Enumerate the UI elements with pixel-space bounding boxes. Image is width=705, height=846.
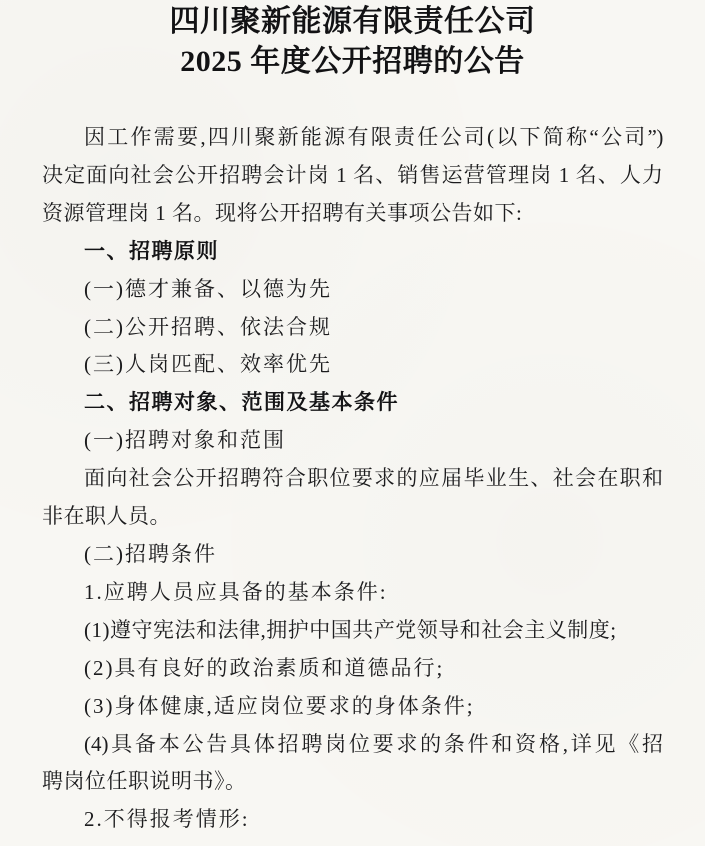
title-line-2: 2025 年度公开招聘的公告	[42, 42, 663, 82]
section-2-heading: 二、招聘对象、范围及基本条件	[42, 384, 663, 422]
document-page: 四川聚新能源有限责任公司 2025 年度公开招聘的公告 因工作需要,四川聚新能源…	[0, 0, 705, 846]
title-line-1: 四川聚新能源有限责任公司	[42, 2, 663, 42]
condition-item-4-line-1: (4)具备本公告具体招聘岗位要求的条件和资格,详见《招	[42, 726, 663, 764]
sub-section-2-heading: (二)招聘条件	[42, 536, 663, 574]
disqualification-intro: 2.不得报考情形:	[42, 801, 663, 839]
principle-item-1: (一)德才兼备、以德为先	[42, 271, 663, 309]
intro-line-1: 因工作需要,四川聚新能源有限责任公司(以下简称“公司”)	[42, 119, 663, 157]
scope-line-2: 非在职人员。	[42, 498, 663, 536]
condition-item-4-line-2: 聘岗位任职说明书》。	[42, 763, 663, 801]
principle-item-3: (三)人岗匹配、效率优先	[42, 346, 663, 384]
condition-item-2: (2)具有良好的政治素质和道德品行;	[42, 650, 663, 688]
scope-line-1: 面向社会公开招聘符合职位要求的应届毕业生、社会在职和	[42, 460, 663, 498]
condition-item-1: (1)遵守宪法和法律,拥护中国共产党领导和社会主义制度;	[42, 612, 663, 650]
section-1-heading: 一、招聘原则	[42, 233, 663, 271]
basic-conditions-intro: 1.应聘人员应具备的基本条件:	[42, 574, 663, 612]
condition-item-3: (3)身体健康,适应岗位要求的身体条件;	[42, 688, 663, 726]
principle-item-2: (二)公开招聘、依法合规	[42, 309, 663, 347]
sub-section-1-heading: (一)招聘对象和范围	[42, 422, 663, 460]
document-title: 四川聚新能源有限责任公司 2025 年度公开招聘的公告	[42, 2, 663, 82]
intro-line-3: 资源管理岗 1 名。现将公开招聘有关事项公告如下:	[42, 195, 663, 233]
intro-line-2: 决定面向社会公开招聘会计岗 1 名、销售运营管理岗 1 名、人力	[42, 157, 663, 195]
